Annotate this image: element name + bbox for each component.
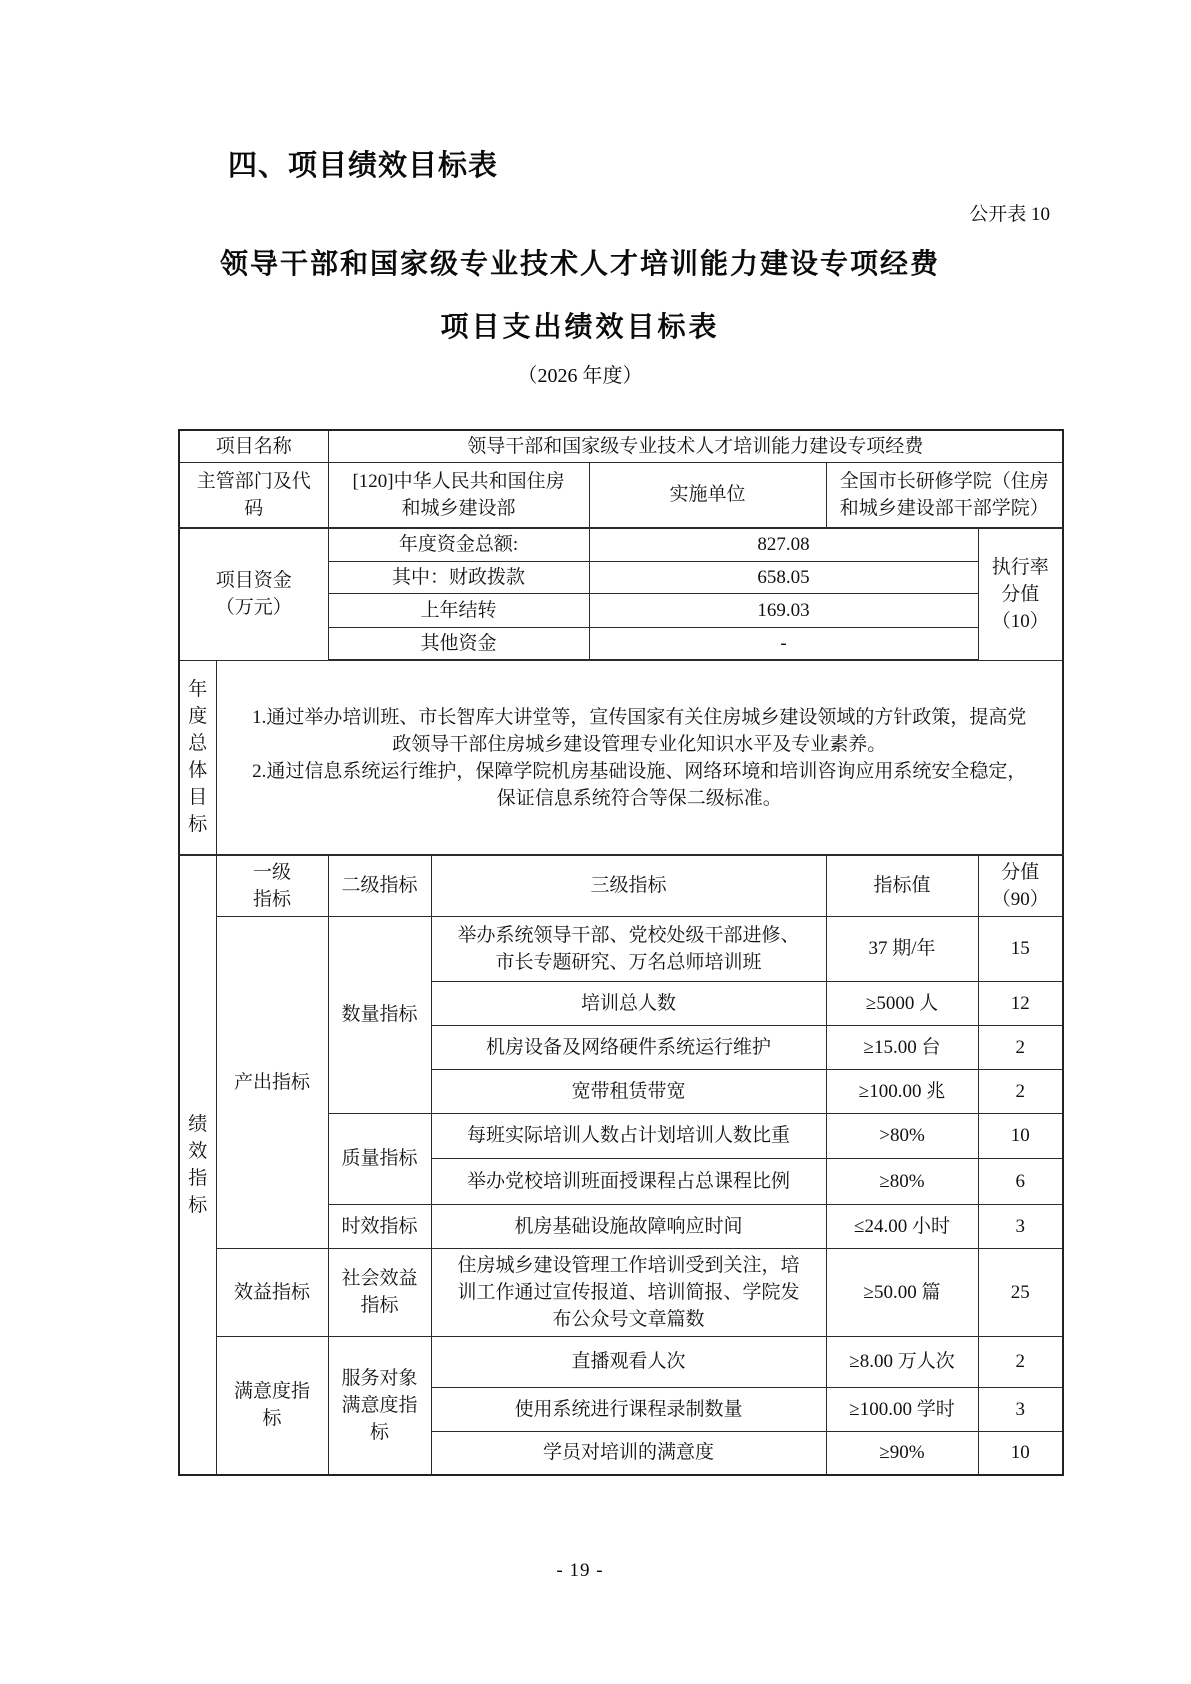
funding-name-cell: 其中：财政拨款 — [328, 562, 589, 594]
doc-year: （2026 年度） — [0, 359, 1160, 388]
indicator-row: 效益指标 社会效益 指标 住房城乡建设管理工作培训受到关注，培 训工作通过宣传报… — [179, 1248, 1063, 1336]
indicator-header-row: 绩 效 指 标 一级 指标 二级指标 三级指标 指标值 分值 （90） — [179, 855, 1063, 916]
annual-goal-row: 年 度 总 体 目 标 1.通过举办培训班、市长智库大讲堂等，宣传国家有关住房城… — [179, 660, 1063, 855]
level1-cell: 满意度指 标 — [216, 1336, 328, 1475]
level2-cell: 数量指标 — [328, 916, 431, 1113]
level3-header-cell: 三级指标 — [431, 855, 826, 916]
funding-value-cell: 169.03 — [589, 594, 978, 628]
annual-goal-text-cell: 1.通过举办培训班、市长智库大讲堂等，宣传国家有关住房城乡建设领域的方针政策，提… — [216, 660, 1063, 855]
funding-row: 项目资金 （万元） 年度资金总额: 827.08 执行率 分值 （10） — [179, 528, 1063, 562]
score-header-cell: 分值 （90） — [978, 855, 1063, 916]
indicator-score-cell: 2 — [978, 1336, 1063, 1387]
dept-value-cell: [120]中华人民共和国住房 和城乡建设部 — [328, 463, 589, 528]
document-page: 四、项目绩效目标表 公开表 10 领导干部和国家级专业技术人才培训能力建设专项经… — [0, 0, 1191, 1684]
department-row: 主管部门及代 码 [120]中华人民共和国住房 和城乡建设部 实施单位 全国市长… — [179, 463, 1063, 528]
indicator-name-cell: 机房设备及网络硬件系统运行维护 — [431, 1025, 826, 1069]
page-number: - 19 - — [0, 1560, 1160, 1582]
indicator-name-cell: 学员对培训的满意度 — [431, 1431, 826, 1475]
project-name-label-cell: 项目名称 — [179, 430, 328, 463]
project-name-value-cell: 领导干部和国家级专业技术人才培训能力建设专项经费 — [328, 430, 1063, 463]
indicator-row: 产出指标 数量指标 举办系统领导干部、党校处级干部进修、 市长专题研究、万名总师… — [179, 916, 1063, 981]
indicator-value-cell: ≥100.00 兆 — [826, 1069, 978, 1113]
indicator-value-header-cell: 指标值 — [826, 855, 978, 916]
funding-name-cell: 年度资金总额: — [328, 528, 589, 562]
indicator-value-cell: ≥80% — [826, 1158, 978, 1204]
public-table-label: 公开表 10 — [178, 199, 1050, 226]
level1-cell: 效益指标 — [216, 1248, 328, 1336]
indicator-name-cell: 机房基础设施故障响应时间 — [431, 1204, 826, 1248]
indicator-score-cell: 10 — [978, 1431, 1063, 1475]
indicator-name-cell: 每班实际培训人数占计划培训人数比重 — [431, 1113, 826, 1158]
annual-goal-label-cell: 年 度 总 体 目 标 — [179, 660, 216, 855]
level1-cell: 产出指标 — [216, 916, 328, 1248]
doc-title-line2: 项目支出绩效目标表 — [0, 305, 1160, 345]
indicator-score-cell: 25 — [978, 1248, 1063, 1336]
level2-header-cell: 二级指标 — [328, 855, 431, 916]
indicator-value-cell: ≥90% — [826, 1431, 978, 1475]
indicator-name-cell: 直播观看人次 — [431, 1336, 826, 1387]
project-name-row: 项目名称 领导干部和国家级专业技术人才培训能力建设专项经费 — [179, 430, 1063, 463]
perf-indicator-side-label-cell: 绩 效 指 标 — [179, 855, 216, 1475]
level2-cell: 质量指标 — [328, 1113, 431, 1204]
indicator-value-cell: ≥50.00 篇 — [826, 1248, 978, 1336]
indicator-value-cell: ≥5000 人 — [826, 981, 978, 1025]
level1-header-cell: 一级 指标 — [216, 855, 328, 916]
indicator-value-cell: ≤24.00 小时 — [826, 1204, 978, 1248]
indicator-score-cell: 10 — [978, 1113, 1063, 1158]
indicator-score-cell: 3 — [978, 1204, 1063, 1248]
indicator-score-cell: 2 — [978, 1025, 1063, 1069]
funding-value-cell: - — [589, 628, 978, 661]
level2-cell: 服务对象 满意度指 标 — [328, 1336, 431, 1475]
indicator-name-cell: 培训总人数 — [431, 981, 826, 1025]
section-heading: 四、项目绩效目标表 — [228, 143, 498, 184]
dept-label-cell: 主管部门及代 码 — [179, 463, 328, 528]
indicator-score-cell: 6 — [978, 1158, 1063, 1204]
exec-rate-score-cell: 执行率 分值 （10） — [978, 528, 1063, 661]
indicator-score-cell: 3 — [978, 1387, 1063, 1431]
impl-unit-label-cell: 实施单位 — [589, 463, 826, 528]
level2-cell: 社会效益 指标 — [328, 1248, 431, 1336]
indicator-score-cell: 12 — [978, 981, 1063, 1025]
indicator-value-cell: ≥8.00 万人次 — [826, 1336, 978, 1387]
indicator-name-cell: 住房城乡建设管理工作培训受到关注，培 训工作通过宣传报道、培训简报、学院发 布公… — [431, 1248, 826, 1336]
indicator-name-cell: 举办系统领导干部、党校处级干部进修、 市长专题研究、万名总师培训班 — [431, 916, 826, 981]
indicator-value-cell: ≥15.00 台 — [826, 1025, 978, 1069]
doc-title-line1: 领导干部和国家级专业技术人才培训能力建设专项经费 — [0, 242, 1160, 282]
indicator-score-cell: 2 — [978, 1069, 1063, 1113]
indicator-value-cell: >80% — [826, 1113, 978, 1158]
funding-value-cell: 658.05 — [589, 562, 978, 594]
indicator-name-cell: 使用系统进行课程录制数量 — [431, 1387, 826, 1431]
indicator-name-cell: 举办党校培训班面授课程占总课程比例 — [431, 1158, 826, 1204]
funding-label-cell: 项目资金 （万元） — [179, 528, 328, 661]
level2-cell: 时效指标 — [328, 1204, 431, 1248]
indicator-score-cell: 15 — [978, 916, 1063, 981]
indicator-row: 满意度指 标 服务对象 满意度指 标 直播观看人次 ≥8.00 万人次 2 — [179, 1336, 1063, 1387]
funding-value-cell: 827.08 — [589, 528, 978, 562]
funding-name-cell: 其他资金 — [328, 628, 589, 661]
funding-name-cell: 上年结转 — [328, 594, 589, 628]
indicator-name-cell: 宽带租赁带宽 — [431, 1069, 826, 1113]
indicator-value-cell: ≥100.00 学时 — [826, 1387, 978, 1431]
indicator-value-cell: 37 期/年 — [826, 916, 978, 981]
impl-unit-value-cell: 全国市长研修学院（住房 和城乡建设部干部学院） — [826, 463, 1063, 528]
performance-target-table: 项目名称 领导干部和国家级专业技术人才培训能力建设专项经费 主管部门及代 码 [… — [178, 429, 1064, 1476]
